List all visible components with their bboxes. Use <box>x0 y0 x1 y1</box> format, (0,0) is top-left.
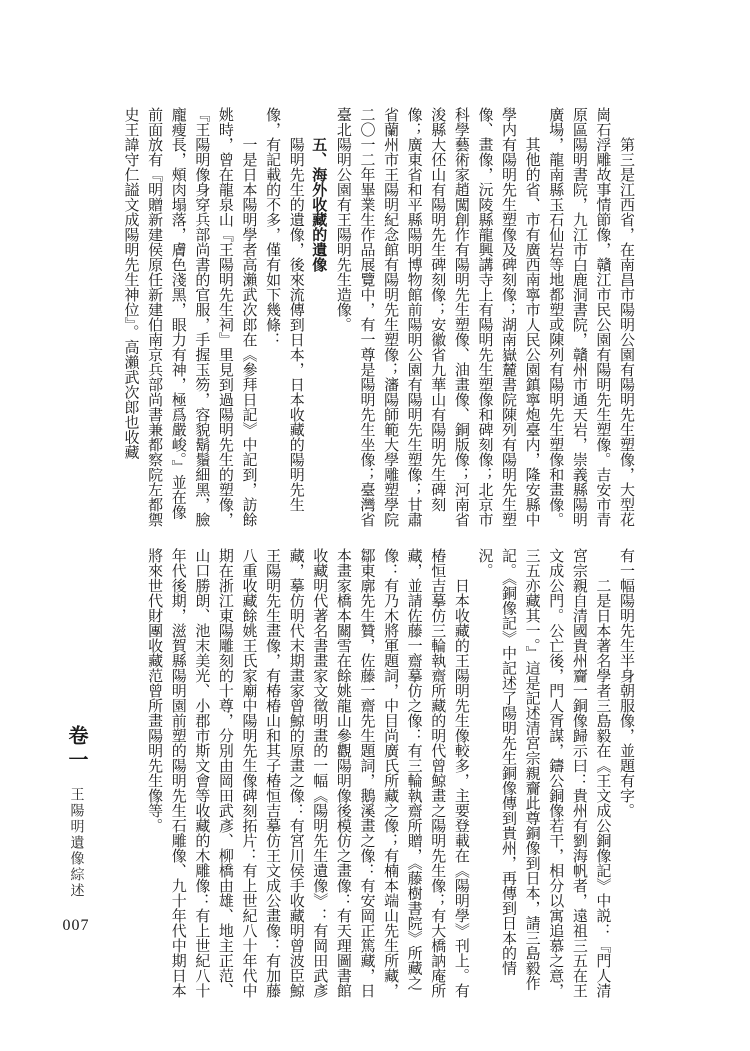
page-number: 007 <box>63 917 90 935</box>
page-footer: 卷一 王陽明遺像綜述 007 <box>55 725 97 935</box>
paragraph: 日本收藏的王陽明先生像較多，主要登載在《陽明學》刊上。有椿恒吉摹仿三輪執齋所藏的… <box>142 548 472 1000</box>
paragraph: 二是日本著名學者三島毅在《王文成公銅像記》中説：『門人清宮宗親自清國貴州齎一銅像… <box>472 548 614 1000</box>
book-page: 第三是江西省，在南昌市陽明公園有陽明先生塑像，大型花崗石浮雕故事情節像，贛江市民… <box>0 0 750 1051</box>
paragraph: 其他的省、市有廣西南寧市人民公園鎮寧炮臺内，隆安縣中學内有陽明先生塑像及碑刻像；… <box>330 107 542 530</box>
paragraph: 第三是江西省，在南昌市陽明公園有陽明先生塑像，大型花崗石浮雕故事情節像，贛江市民… <box>543 107 637 530</box>
paragraph: 一是日本陽明學者高瀨武次郎在《參拜日記》中記到，訪餘姚時，曾在龍泉山『王陽明先生… <box>118 107 260 530</box>
paragraph: 陽明先生的遺像，後來流傳到日本，日本收藏的陽明先生像，有記載的不多，僅有如下幾條… <box>260 107 307 530</box>
text-block-bottom: 有一幅陽明先生半身朝服像，並題有字。 二是日本著名學者三島毅在《王文成公銅像記》… <box>115 548 637 1000</box>
volume-label: 卷一 <box>64 725 88 773</box>
paragraph-continuation: 有一幅陽明先生半身朝服像，並題有字。 <box>613 548 637 1000</box>
section-heading: 五、海外收藏的遺像 <box>307 107 331 530</box>
chapter-title: 王陽明遺像綜述 <box>68 787 85 899</box>
text-block-top: 第三是江西省，在南昌市陽明公園有陽明先生塑像，大型花崗石浮雕故事情節像，贛江市民… <box>115 107 637 530</box>
